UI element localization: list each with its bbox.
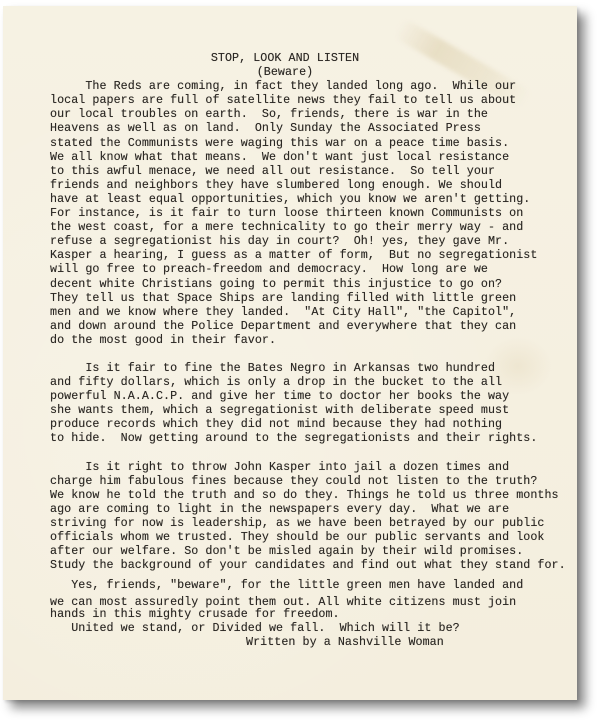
text-line: powerful N.A.A.C.P. and give her time to…: [50, 389, 570, 403]
text-line: Is it fair to fine the Bates Negro in Ar…: [50, 361, 570, 375]
text-line: The Reds are coming, in fact they landed…: [50, 79, 570, 93]
text-line: Kasper a hearing, I guess as a matter of…: [50, 248, 570, 262]
paragraph-1: The Reds are coming, in fact they landed…: [50, 79, 570, 347]
paragraph-spacer: [50, 446, 570, 460]
text-line: Yes, friends, "beware", for the little g…: [50, 578, 570, 592]
text-line: to hide. Now getting around to the segre…: [50, 431, 570, 445]
text-line: refuse a segregationist his day in court…: [50, 234, 570, 248]
text-line: We all know what that means. We don't wa…: [50, 150, 570, 164]
text-line: after our welfare. So don't be misled ag…: [50, 544, 570, 558]
text-line: decent white Christians going to permit …: [50, 277, 570, 291]
text-line: the west coast, for a mere technicality …: [50, 220, 570, 234]
document-subtitle: (Beware): [50, 65, 520, 79]
text-line: she wants them, which a segregationist w…: [50, 403, 570, 417]
text-line: Study the background of your candidates …: [50, 558, 570, 572]
typewritten-text: STOP, LOOK AND LISTEN (Beware) The Reds …: [50, 51, 570, 649]
text-line: They tell us that Space Ships are landin…: [50, 291, 570, 305]
text-line: United we stand, or Divided we fall. Whi…: [50, 621, 570, 635]
text-line: For instance, is it fair to turn loose t…: [50, 206, 570, 220]
text-line: Is it right to throw John Kasper into ja…: [50, 460, 570, 474]
paragraph-2: Is it fair to fine the Bates Negro in Ar…: [50, 361, 570, 446]
document-page: STOP, LOOK AND LISTEN (Beware) The Reds …: [3, 6, 577, 700]
text-line: charge him fabulous fines because they c…: [50, 474, 570, 488]
text-line: to this awful menace, we need all out re…: [50, 164, 570, 178]
text-line: officials whom we trusted. They should b…: [50, 530, 570, 544]
text-line: hands in this mighty crusade for freedom…: [50, 609, 570, 621]
text-line: striving for now is leadership, as we ha…: [50, 516, 570, 530]
text-line: friends and neighbors they have slumbere…: [50, 178, 570, 192]
text-line: our local troubles on earth. So, friends…: [50, 107, 570, 121]
text-line: have at least equal opportunities, which…: [50, 192, 570, 206]
text-line: Heavens as well as on land. Only Sunday …: [50, 121, 570, 135]
text-line: stated the Communists were waging this w…: [50, 136, 570, 150]
text-line: will go free to preach-freedom and democ…: [50, 262, 570, 276]
paragraph-spacer: [50, 347, 570, 361]
text-line: local papers are full of satellite news …: [50, 93, 570, 107]
paragraph-4: Yes, friends, "beware", for the little g…: [50, 578, 570, 635]
signature: Written by a Nashville Woman: [50, 635, 570, 649]
text-line: and fifty dollars, which is only a drop …: [50, 375, 570, 389]
text-line: and down around the Police Department an…: [50, 319, 570, 333]
document-title: STOP, LOOK AND LISTEN: [50, 51, 520, 65]
text-line: ago are coming to light in the newspaper…: [50, 502, 570, 516]
text-line: men and we know where they landed. "At C…: [50, 305, 570, 319]
text-line: do the most good in their favor.: [50, 333, 570, 347]
paragraph-3: Is it right to throw John Kasper into ja…: [50, 460, 570, 573]
text-line: We know he told the truth and so do they…: [50, 488, 570, 502]
text-line: produce records which they did not mind …: [50, 417, 570, 431]
